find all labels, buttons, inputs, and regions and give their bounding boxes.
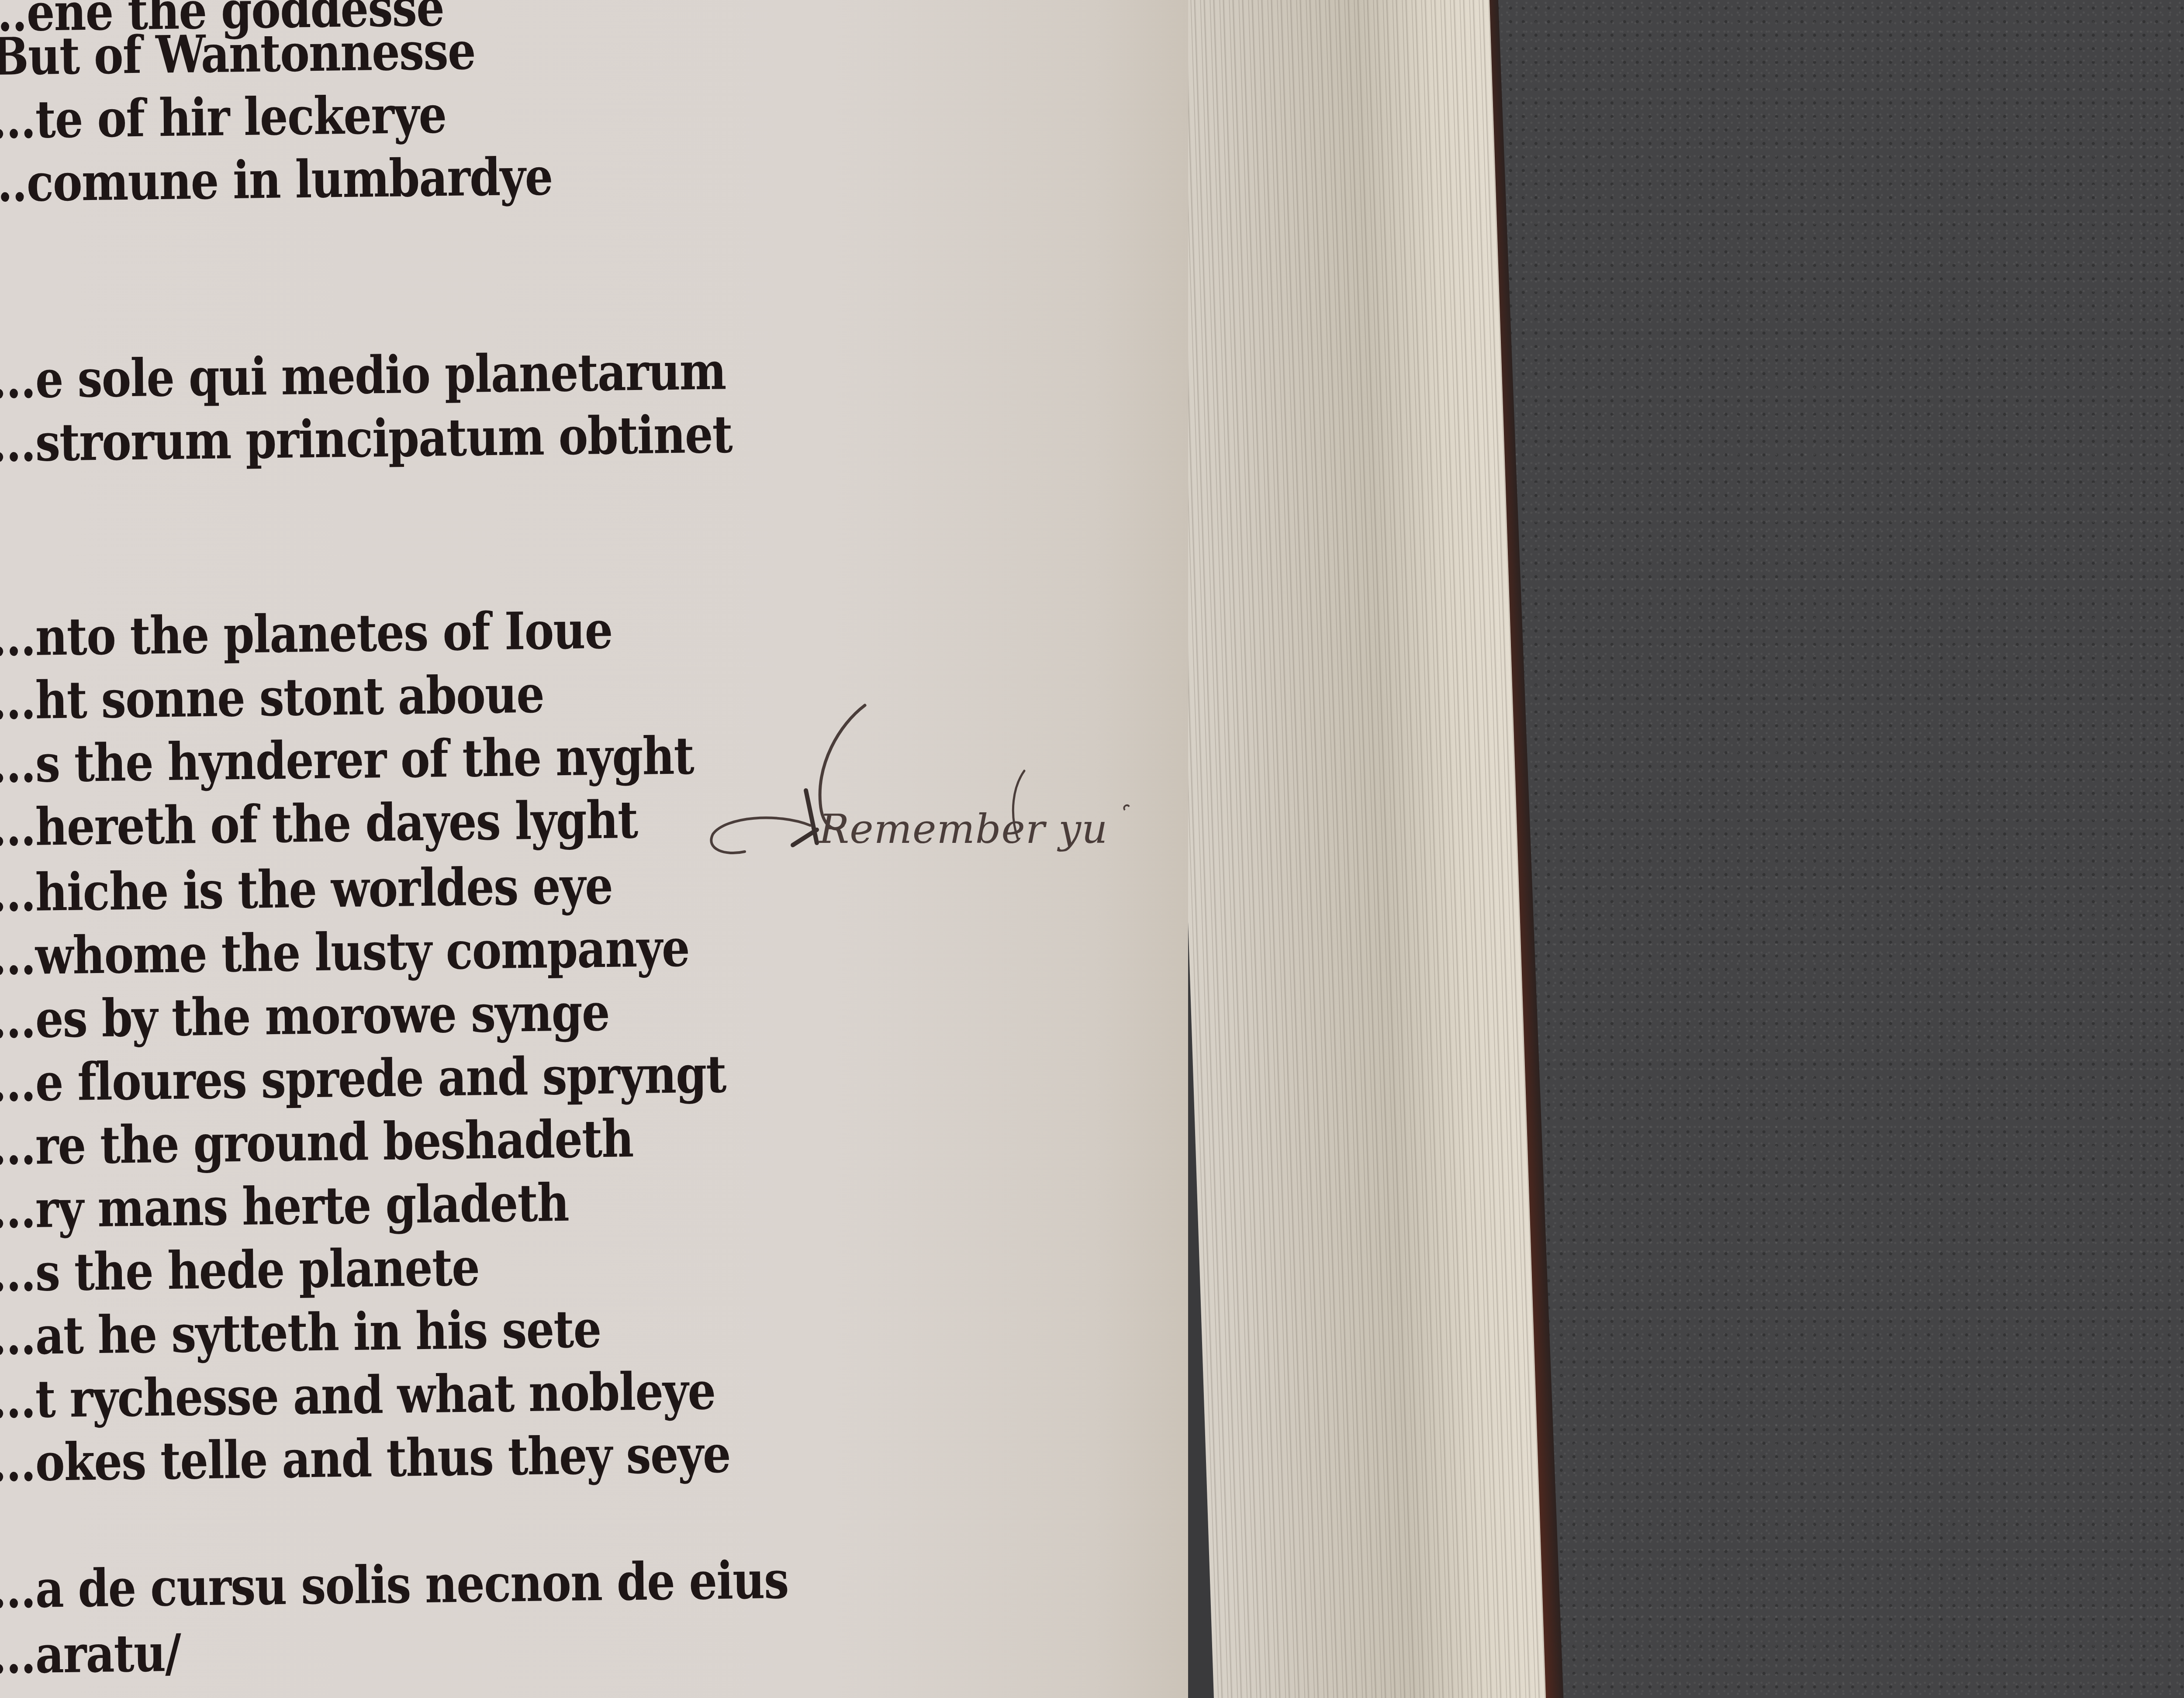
- text-line: ...e sole qui medio planetarum: [0, 341, 726, 410]
- text-line: ...whome the lusty companye: [0, 918, 689, 987]
- text-line: ...at he sytteth in his sete: [0, 1298, 601, 1367]
- text-line: ...e floures sprede and spryngt: [0, 1044, 726, 1113]
- text-line: But of Wantonnesse: [0, 21, 475, 87]
- foam-background: [1476, 0, 2184, 1698]
- text-line: ...es by the morowe synge: [0, 982, 609, 1050]
- text-line: ...s the hynderer of the nyght: [0, 725, 694, 794]
- text-line: ...s the hede planete: [0, 1236, 480, 1303]
- text-line: ...ry mans herte gladeth: [0, 1172, 569, 1240]
- text-line: ...hiche is the worldes eye: [0, 855, 613, 923]
- printed-page: ...ene the goddesse But of Wantonnesse .…: [0, 0, 1188, 1698]
- text-line: ...re the ground beshadeth: [0, 1108, 633, 1177]
- text-line: ...te of hir leckerye: [0, 84, 446, 150]
- text-line: ...strorum principatum obtinet: [0, 404, 732, 473]
- text-line: ...t rychesse and what nobleye: [0, 1360, 715, 1430]
- text-line: ...aratu/: [0, 1622, 181, 1685]
- text-line: ...hereth of the dayes lyght: [0, 789, 638, 858]
- book-photo: ...ene the goddesse But of Wantonnesse .…: [0, 0, 2184, 1698]
- text-line: ...comune in lumbardye: [0, 146, 553, 214]
- handwritten-note: Remember yu: [819, 806, 1108, 852]
- page-fore-edge: [1158, 0, 1546, 1698]
- text-line: ...ht sonne stont aboue: [0, 664, 544, 731]
- marginal-annotation: Remember yu: [708, 694, 1136, 869]
- text-line: ...okes telle and thus they seye: [0, 1423, 730, 1493]
- text-line: ...a de cursu solis necnon de eius: [0, 1550, 788, 1620]
- text-line: ...nto the planetes of Ioue: [0, 600, 612, 668]
